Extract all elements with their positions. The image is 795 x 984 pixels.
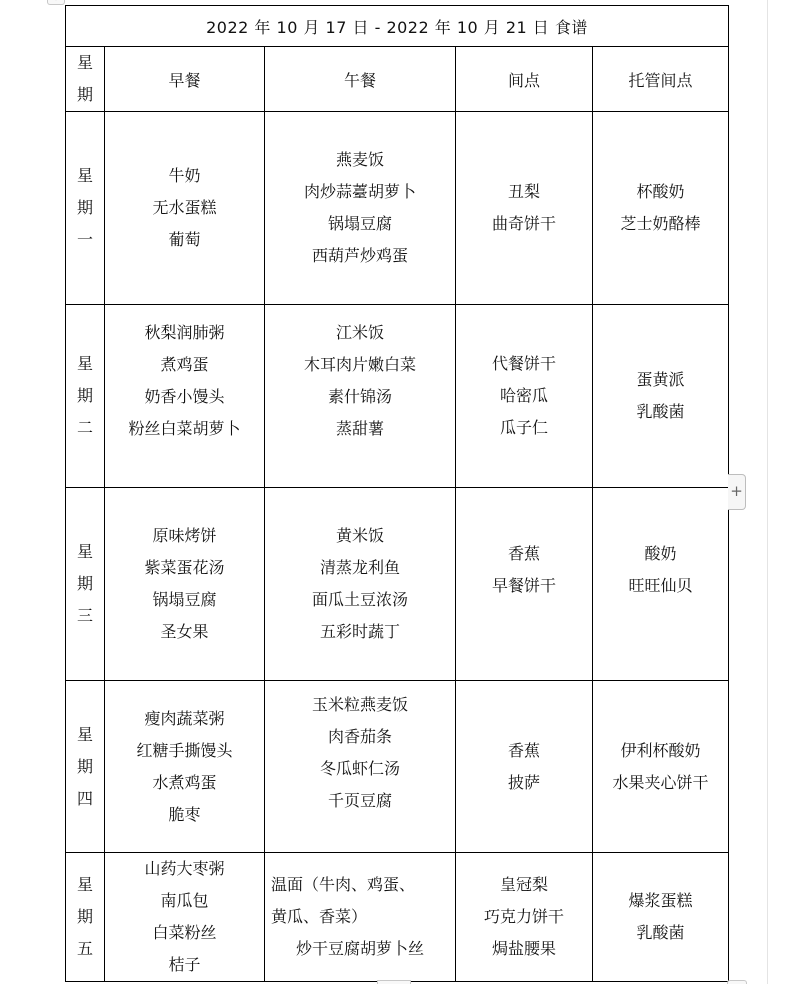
snack-cell[interactable]: 皇冠梨 巧克力饼干 焗盐腰果 [456, 853, 593, 982]
table-move-handle[interactable]: ✥ [47, 0, 65, 5]
day-label: 星 期 一 [66, 112, 105, 305]
menu-title: 2022 年 10 月 17 日 - 2022 年 10 月 21 日 食谱 [66, 6, 729, 47]
header-breakfast: 早餐 [105, 47, 265, 112]
day-label: 星 期 四 [66, 681, 105, 853]
snack-cell[interactable]: 香蕉 早餐饼干 [456, 488, 593, 681]
page-margin-line [767, 0, 768, 984]
breakfast-cell[interactable]: 山药大枣粥 南瓜包 白菜粉丝 桔子 [105, 853, 265, 982]
column-resize-handle[interactable] [377, 980, 411, 984]
lunch-cell[interactable]: 玉米粒燕麦饭 肉香茄条 冬瓜虾仁汤 千页豆腐 [265, 681, 456, 853]
day-label: 星 期 五 [66, 853, 105, 982]
snack-cell[interactable]: 丑梨 曲奇饼干 [456, 112, 593, 305]
breakfast-cell[interactable]: 秋梨润肺粥 煮鸡蛋 奶香小馒头 粉丝白菜胡萝卜 [105, 305, 265, 488]
care-snack-cell[interactable]: 蛋黄派 乳酸菌 [593, 305, 729, 488]
snack-cell[interactable]: 代餐饼干 哈密瓜 瓜子仁 [456, 305, 593, 488]
lunch-cell[interactable]: 燕麦饭 肉炒蒜薹胡萝卜 锅塌豆腐 西葫芦炒鸡蛋 [265, 112, 456, 305]
breakfast-cell[interactable]: 瘦肉蔬菜粥 红糖手撕馒头 水煮鸡蛋 脆枣 [105, 681, 265, 853]
care-snack-cell[interactable]: 爆浆蛋糕 乳酸菌 [593, 853, 729, 982]
title-row: 2022 年 10 月 17 日 - 2022 年 10 月 21 日 食谱 [66, 6, 729, 47]
day-label: 星 期 二 [66, 305, 105, 488]
weekly-menu-table: 2022 年 10 月 17 日 - 2022 年 10 月 21 日 食谱 星… [65, 5, 729, 982]
table-resize-handle[interactable] [727, 980, 747, 984]
table-row-wednesday: 星 期 三 原味烤饼 紫菜蛋花汤 锅塌豆腐 圣女果 黄米饭 清蒸龙利鱼 面瓜土豆… [66, 488, 729, 681]
lunch-cell[interactable]: 温面（牛肉、鸡蛋、 黄瓜、香菜） 炒干豆腐胡萝卜丝 [265, 853, 456, 982]
lunch-cell[interactable]: 江米饭 木耳肉片嫩白菜 素什锦汤 蒸甜薯 [265, 305, 456, 488]
breakfast-cell[interactable]: 牛奶 无水蛋糕 葡萄 [105, 112, 265, 305]
breakfast-cell[interactable]: 原味烤饼 紫菜蛋花汤 锅塌豆腐 圣女果 [105, 488, 265, 681]
header-care-snack: 托管间点 [593, 47, 729, 112]
care-snack-cell[interactable]: 杯酸奶 芝士奶酪棒 [593, 112, 729, 305]
table-row-friday: 星 期 五 山药大枣粥 南瓜包 白菜粉丝 桔子 温面（牛肉、鸡蛋、 黄瓜、香菜）… [66, 853, 729, 982]
table-row-tuesday: 星 期 二 秋梨润肺粥 煮鸡蛋 奶香小馒头 粉丝白菜胡萝卜 江米饭 木耳肉片嫩白… [66, 305, 729, 488]
header-day: 星 期 [66, 47, 105, 112]
header-row: 星 期 早餐 午餐 间点 托管间点 [66, 47, 729, 112]
table-row-thursday: 星 期 四 瘦肉蔬菜粥 红糖手撕馒头 水煮鸡蛋 脆枣 玉米粒燕麦饭 肉香茄条 冬… [66, 681, 729, 853]
care-snack-cell[interactable]: 伊利杯酸奶 水果夹心饼干 [593, 681, 729, 853]
snack-cell[interactable]: 香蕉 披萨 [456, 681, 593, 853]
header-lunch: 午餐 [265, 47, 456, 112]
lunch-cell[interactable]: 黄米饭 清蒸龙利鱼 面瓜土豆浓汤 五彩时蔬丁 [265, 488, 456, 681]
day-label: 星 期 三 [66, 488, 105, 681]
header-snack: 间点 [456, 47, 593, 112]
care-snack-cell[interactable]: 酸奶 旺旺仙贝 [593, 488, 729, 681]
add-row-button[interactable]: + [728, 474, 746, 510]
table-row-monday: 星 期 一 牛奶 无水蛋糕 葡萄 燕麦饭 肉炒蒜薹胡萝卜 锅塌豆腐 西葫芦炒鸡蛋… [66, 112, 729, 305]
